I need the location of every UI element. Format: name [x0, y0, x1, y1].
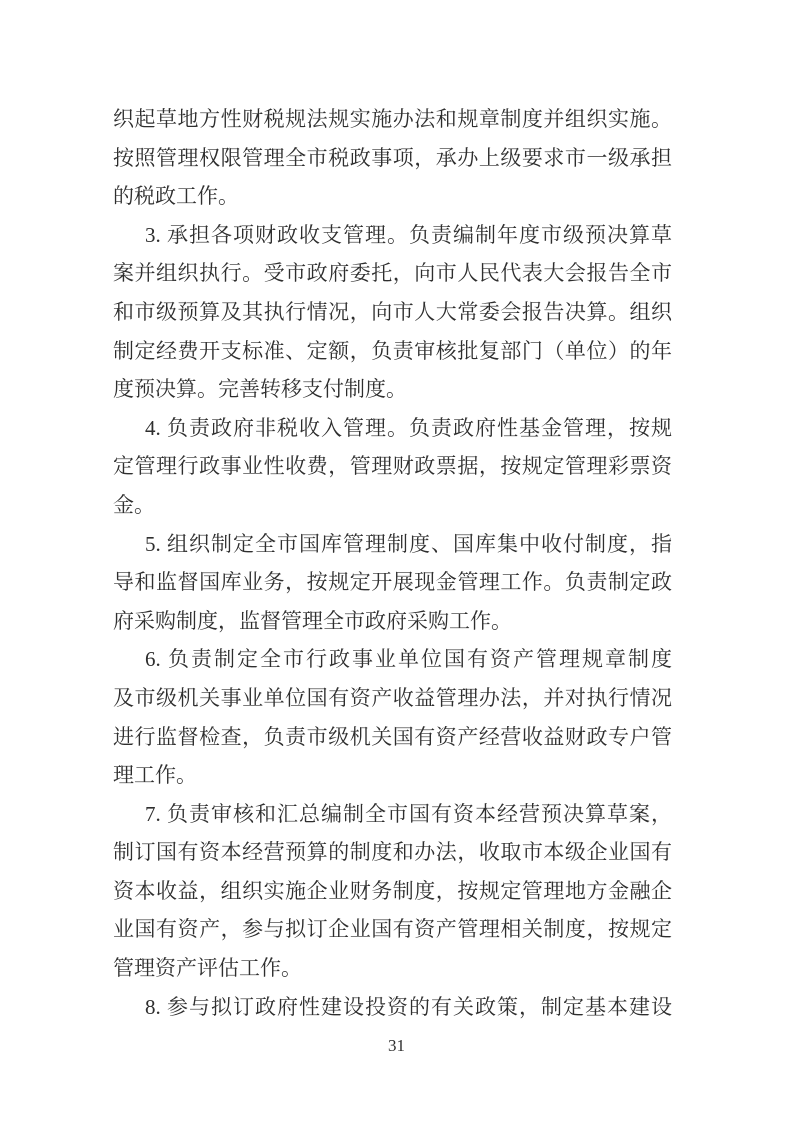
text-line: 府采购制度，监督管理全市政府采购工作。: [113, 602, 672, 641]
text-line: 3. 承担各项财政收支管理。负责编制年度市级预决算草: [113, 216, 672, 255]
page-number: 31: [0, 1036, 793, 1056]
paragraph: 3. 承担各项财政收支管理。负责编制年度市级预决算草案并组织执行。受市政府委托，…: [113, 216, 672, 409]
text-line: 定管理行政事业性收费，管理财政票据，按规定管理彩票资: [113, 447, 672, 486]
text-line: 的税政工作。: [113, 177, 672, 216]
text-line: 5. 组织制定全市国库管理制度、国库集中收付制度，指: [113, 525, 672, 564]
paragraph: 6. 负责制定全市行政事业单位国有资产管理规章制度及市级机关事业单位国有资产收益…: [113, 640, 672, 794]
text-line: 7. 负责审核和汇总编制全市国有资本经营预决算草案，: [113, 795, 672, 834]
paragraph: 4. 负责政府非税收入管理。负责政府性基金管理，按规定管理行政事业性收费，管理财…: [113, 409, 672, 525]
text-line: 导和监督国库业务，按规定开展现金管理工作。负责制定政: [113, 563, 672, 602]
document-page: 织起草地方性财税规法规实施办法和规章制度并组织实施。按照管理权限管理全市税政事项…: [0, 0, 793, 1122]
text-line: 理工作。: [113, 756, 672, 795]
text-line: 织起草地方性财税规法规实施办法和规章制度并组织实施。: [113, 100, 672, 139]
text-line: 6. 负责制定全市行政事业单位国有资产管理规章制度: [113, 640, 672, 679]
text-line: 制定经费开支标准、定额，负责审核批复部门（单位）的年: [113, 332, 672, 371]
paragraph: 织起草地方性财税规法规实施办法和规章制度并组织实施。按照管理权限管理全市税政事项…: [113, 100, 672, 216]
document-body: 织起草地方性财税规法规实施办法和规章制度并组织实施。按照管理权限管理全市税政事项…: [113, 100, 672, 1026]
paragraph: 7. 负责审核和汇总编制全市国有资本经营预决算草案，制订国有资本经营预算的制度和…: [113, 795, 672, 988]
text-line: 业国有资产，参与拟订企业国有资产管理相关制度，按规定: [113, 910, 672, 949]
paragraph: 5. 组织制定全市国库管理制度、国库集中收付制度，指导和监督国库业务，按规定开展…: [113, 525, 672, 641]
text-line: 管理资产评估工作。: [113, 949, 672, 988]
text-line: 进行监督检查，负责市级机关国有资产经营收益财政专户管: [113, 718, 672, 757]
text-line: 资本收益，组织实施企业财务制度，按规定管理地方金融企: [113, 872, 672, 911]
text-line: 金。: [113, 486, 672, 525]
text-line: 按照管理权限管理全市税政事项，承办上级要求市一级承担: [113, 139, 672, 178]
text-line: 和市级预算及其执行情况，向市人大常委会报告决算。组织: [113, 293, 672, 332]
paragraph: 8. 参与拟订政府性建设投资的有关政策，制定基本建设: [113, 988, 672, 1027]
text-line: 8. 参与拟订政府性建设投资的有关政策，制定基本建设: [113, 988, 672, 1027]
text-line: 制订国有资本经营预算的制度和办法，收取市本级企业国有: [113, 833, 672, 872]
text-line: 度预决算。完善转移支付制度。: [113, 370, 672, 409]
text-line: 及市级机关事业单位国有资产收益管理办法，并对执行情况: [113, 679, 672, 718]
text-line: 案并组织执行。受市政府委托，向市人民代表大会报告全市: [113, 254, 672, 293]
text-line: 4. 负责政府非税收入管理。负责政府性基金管理，按规: [113, 409, 672, 448]
